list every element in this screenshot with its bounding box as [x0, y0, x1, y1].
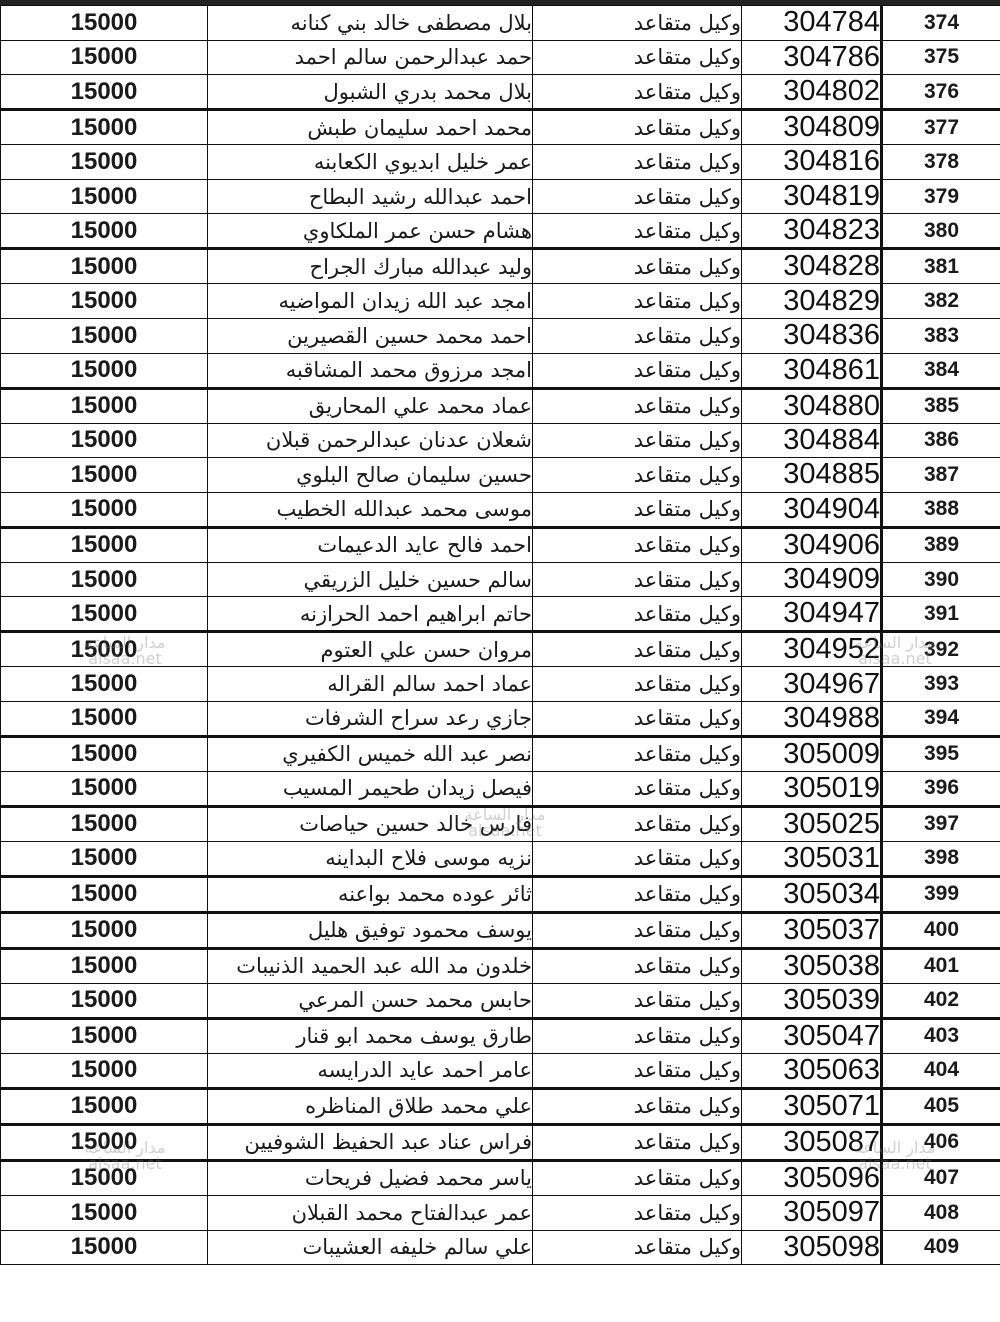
- name-cell: احمد فالح عايد الدعيمات: [208, 527, 533, 562]
- row-number-cell: 385: [882, 388, 1000, 423]
- name-cell: عماد محمد علي المحاريق: [208, 388, 533, 423]
- amount-cell: 15000: [1, 318, 208, 353]
- amount-cell: 15000: [1, 284, 208, 319]
- account-number-cell: 305071: [742, 1088, 882, 1124]
- amount-cell: 15000: [1, 1088, 208, 1124]
- name-cell: نصر عبد الله خميس الكفيري: [208, 736, 533, 771]
- amount-cell: 15000: [1, 388, 208, 423]
- table-row: 15000بلال محمد بدري الشبولوكيل متقاعد304…: [1, 75, 1000, 110]
- account-number-cell: 305047: [742, 1018, 882, 1053]
- table-row: 15000فراس عناد عبد الحفيظ الشوفيينوكيل م…: [1, 1124, 1000, 1160]
- name-cell: شعلان عدنان عبدالرحمن قبلان: [208, 423, 533, 458]
- amount-cell: 15000: [1, 1018, 208, 1053]
- row-number-cell: 379: [882, 179, 1000, 214]
- account-number-cell: 305098: [742, 1230, 882, 1265]
- account-number-cell: 304904: [742, 492, 882, 527]
- amount-cell: 15000: [1, 1124, 208, 1160]
- account-number-cell: 305009: [742, 736, 882, 771]
- row-number-cell: 401: [882, 948, 1000, 983]
- row-number-cell: 397: [882, 806, 1000, 841]
- account-number-cell: 304909: [742, 562, 882, 597]
- account-number-cell: 304828: [742, 249, 882, 284]
- name-cell: خلدون مد الله عبد الحميد الذنيبات: [208, 948, 533, 983]
- account-number-cell: 304836: [742, 318, 882, 353]
- role-cell: وكيل متقاعد: [533, 249, 742, 284]
- name-cell: حاتم ابراهيم احمد الحرازنه: [208, 597, 533, 632]
- table-row: 15000حاتم ابراهيم احمد الحرازنهوكيل متقا…: [1, 597, 1000, 632]
- account-number-cell: 304786: [742, 40, 882, 75]
- amount-cell: 15000: [1, 806, 208, 841]
- role-cell: وكيل متقاعد: [533, 1195, 742, 1230]
- amount-cell: 15000: [1, 1195, 208, 1230]
- table-row: 15000حابس محمد حسن المرعيوكيل متقاعد3050…: [1, 983, 1000, 1018]
- amount-cell: 15000: [1, 948, 208, 983]
- amount-cell: 15000: [1, 145, 208, 180]
- amount-cell: 15000: [1, 110, 208, 145]
- account-number-cell: 305097: [742, 1195, 882, 1230]
- role-cell: وكيل متقاعد: [533, 948, 742, 983]
- row-number-cell: 393: [882, 667, 1000, 702]
- role-cell: وكيل متقاعد: [533, 701, 742, 736]
- account-number-cell: 305037: [742, 912, 882, 948]
- name-cell: بلال محمد بدري الشبول: [208, 75, 533, 110]
- role-cell: وكيل متقاعد: [533, 353, 742, 388]
- name-cell: طارق يوسف محمد ابو قنار: [208, 1018, 533, 1053]
- account-number-cell: 304829: [742, 284, 882, 319]
- spreadsheet-page: 15000بلال مصطفى خالد بني كنانهوكيل متقاع…: [0, 0, 1000, 1322]
- table-row: 15000هشام حسن عمر الملكاويوكيل متقاعد304…: [1, 214, 1000, 249]
- role-cell: وكيل متقاعد: [533, 983, 742, 1018]
- account-number-cell: 304802: [742, 75, 882, 110]
- role-cell: وكيل متقاعد: [533, 6, 742, 41]
- name-cell: علي محمد طلاق المناظره: [208, 1088, 533, 1124]
- row-number-cell: 395: [882, 736, 1000, 771]
- row-number-cell: 391: [882, 597, 1000, 632]
- table-row: 15000ياسر محمد فضيل فريحاتوكيل متقاعد305…: [1, 1160, 1000, 1195]
- role-cell: وكيل متقاعد: [533, 527, 742, 562]
- amount-cell: 15000: [1, 527, 208, 562]
- row-number-cell: 387: [882, 458, 1000, 493]
- amount-cell: 15000: [1, 841, 208, 876]
- account-number-cell: 304947: [742, 597, 882, 632]
- role-cell: وكيل متقاعد: [533, 110, 742, 145]
- table-row: 15000محمد احمد سليمان طبشوكيل متقاعد3048…: [1, 110, 1000, 145]
- amount-cell: 15000: [1, 492, 208, 527]
- account-number-cell: 304884: [742, 423, 882, 458]
- table-row: 15000نصر عبد الله خميس الكفيريوكيل متقاع…: [1, 736, 1000, 771]
- table-row: 15000جازي رعد سراح الشرفاتوكيل متقاعد304…: [1, 701, 1000, 736]
- name-cell: فراس عناد عبد الحفيظ الشوفيين: [208, 1124, 533, 1160]
- name-cell: محمد احمد سليمان طبش: [208, 110, 533, 145]
- payments-table: 15000بلال مصطفى خالد بني كنانهوكيل متقاع…: [0, 5, 1000, 1265]
- table-row: 15000فيصل زيدان طحيمر المسيبوكيل متقاعد3…: [1, 771, 1000, 806]
- role-cell: وكيل متقاعد: [533, 667, 742, 702]
- amount-cell: 15000: [1, 353, 208, 388]
- name-cell: عمر خليل ابديوي الكعابنه: [208, 145, 533, 180]
- account-number-cell: 304988: [742, 701, 882, 736]
- row-number-cell: 407: [882, 1160, 1000, 1195]
- row-number-cell: 399: [882, 876, 1000, 912]
- row-number-cell: 383: [882, 318, 1000, 353]
- amount-cell: 15000: [1, 458, 208, 493]
- row-number-cell: 394: [882, 701, 1000, 736]
- amount-cell: 15000: [1, 40, 208, 75]
- table-row: 15000طارق يوسف محمد ابو قناروكيل متقاعد3…: [1, 1018, 1000, 1053]
- row-number-cell: 374: [882, 6, 1000, 41]
- amount-cell: 15000: [1, 1230, 208, 1265]
- account-number-cell: 305087: [742, 1124, 882, 1160]
- name-cell: فارس خالد حسين حياصات: [208, 806, 533, 841]
- role-cell: وكيل متقاعد: [533, 1124, 742, 1160]
- amount-cell: 15000: [1, 179, 208, 214]
- amount-cell: 15000: [1, 701, 208, 736]
- account-number-cell: 305039: [742, 983, 882, 1018]
- table-row: 15000عامر احمد عايد الدرايسهوكيل متقاعد3…: [1, 1053, 1000, 1088]
- amount-cell: 15000: [1, 771, 208, 806]
- table-row: 15000امجد مرزوق محمد المشاقبهوكيل متقاعد…: [1, 353, 1000, 388]
- table-row: 15000عماد احمد سالم القرالهوكيل متقاعد30…: [1, 667, 1000, 702]
- name-cell: احمد عبدالله رشيد البطاح: [208, 179, 533, 214]
- name-cell: نزيه موسى فلاح البداينه: [208, 841, 533, 876]
- account-number-cell: 304885: [742, 458, 882, 493]
- role-cell: وكيل متقاعد: [533, 912, 742, 948]
- amount-cell: 15000: [1, 912, 208, 948]
- table-row: 15000ثائر عوده محمد بواعنهوكيل متقاعد305…: [1, 876, 1000, 912]
- role-cell: وكيل متقاعد: [533, 1053, 742, 1088]
- row-number-cell: 403: [882, 1018, 1000, 1053]
- role-cell: وكيل متقاعد: [533, 214, 742, 249]
- account-number-cell: 304784: [742, 6, 882, 41]
- account-number-cell: 305034: [742, 876, 882, 912]
- name-cell: سالم حسين خليل الزريقي: [208, 562, 533, 597]
- name-cell: يوسف محمود توفيق هليل: [208, 912, 533, 948]
- amount-cell: 15000: [1, 667, 208, 702]
- account-number-cell: 304967: [742, 667, 882, 702]
- row-number-cell: 400: [882, 912, 1000, 948]
- account-number-cell: 305019: [742, 771, 882, 806]
- amount-cell: 15000: [1, 1053, 208, 1088]
- table-row: 15000شعلان عدنان عبدالرحمن قبلانوكيل متق…: [1, 423, 1000, 458]
- account-number-cell: 305096: [742, 1160, 882, 1195]
- table-row: 15000عماد محمد علي المحاريقوكيل متقاعد30…: [1, 388, 1000, 423]
- role-cell: وكيل متقاعد: [533, 458, 742, 493]
- name-cell: ثائر عوده محمد بواعنه: [208, 876, 533, 912]
- table-row: 15000مروان حسن علي العتوموكيل متقاعد3049…: [1, 632, 1000, 667]
- role-cell: وكيل متقاعد: [533, 40, 742, 75]
- row-number-cell: 388: [882, 492, 1000, 527]
- role-cell: وكيل متقاعد: [533, 1160, 742, 1195]
- name-cell: موسى محمد عبدالله الخطيب: [208, 492, 533, 527]
- table-row: 15000حسين سليمان صالح البلويوكيل متقاعد3…: [1, 458, 1000, 493]
- table-row: 15000احمد محمد حسين القصيرينوكيل متقاعد3…: [1, 318, 1000, 353]
- amount-cell: 15000: [1, 6, 208, 41]
- amount-cell: 15000: [1, 1160, 208, 1195]
- amount-cell: 15000: [1, 249, 208, 284]
- table-row: 15000حمد عبدالرحمن سالم احمدوكيل متقاعد3…: [1, 40, 1000, 75]
- name-cell: هشام حسن عمر الملكاوي: [208, 214, 533, 249]
- name-cell: فيصل زيدان طحيمر المسيب: [208, 771, 533, 806]
- role-cell: وكيل متقاعد: [533, 75, 742, 110]
- name-cell: حسين سليمان صالح البلوي: [208, 458, 533, 493]
- amount-cell: 15000: [1, 214, 208, 249]
- role-cell: وكيل متقاعد: [533, 284, 742, 319]
- row-number-cell: 378: [882, 145, 1000, 180]
- role-cell: وكيل متقاعد: [533, 771, 742, 806]
- role-cell: وكيل متقاعد: [533, 562, 742, 597]
- row-number-cell: 392: [882, 632, 1000, 667]
- amount-cell: 15000: [1, 632, 208, 667]
- table-row: 15000احمد عبدالله رشيد البطاحوكيل متقاعد…: [1, 179, 1000, 214]
- table-row: 15000خلدون مد الله عبد الحميد الذنيباتوك…: [1, 948, 1000, 983]
- account-number-cell: 305031: [742, 841, 882, 876]
- role-cell: وكيل متقاعد: [533, 1088, 742, 1124]
- row-number-cell: 406: [882, 1124, 1000, 1160]
- row-number-cell: 408: [882, 1195, 1000, 1230]
- row-number-cell: 382: [882, 284, 1000, 319]
- table-row: 15000سالم حسين خليل الزريقيوكيل متقاعد30…: [1, 562, 1000, 597]
- role-cell: وكيل متقاعد: [533, 423, 742, 458]
- table-body: 15000بلال مصطفى خالد بني كنانهوكيل متقاع…: [1, 6, 1000, 1265]
- account-number-cell: 304816: [742, 145, 882, 180]
- role-cell: وكيل متقاعد: [533, 876, 742, 912]
- row-number-cell: 404: [882, 1053, 1000, 1088]
- amount-cell: 15000: [1, 876, 208, 912]
- row-number-cell: 398: [882, 841, 1000, 876]
- name-cell: حمد عبدالرحمن سالم احمد: [208, 40, 533, 75]
- row-number-cell: 381: [882, 249, 1000, 284]
- name-cell: ياسر محمد فضيل فريحات: [208, 1160, 533, 1195]
- name-cell: احمد محمد حسين القصيرين: [208, 318, 533, 353]
- name-cell: وليد عبدالله مبارك الجراح: [208, 249, 533, 284]
- amount-cell: 15000: [1, 75, 208, 110]
- table-row: 15000علي سالم خليفه العشيباتوكيل متقاعد3…: [1, 1230, 1000, 1265]
- role-cell: وكيل متقاعد: [533, 736, 742, 771]
- row-number-cell: 377: [882, 110, 1000, 145]
- account-number-cell: 304880: [742, 388, 882, 423]
- account-number-cell: 304861: [742, 353, 882, 388]
- row-number-cell: 376: [882, 75, 1000, 110]
- table-row: 15000احمد فالح عايد الدعيماتوكيل متقاعد3…: [1, 527, 1000, 562]
- amount-cell: 15000: [1, 983, 208, 1018]
- name-cell: مروان حسن علي العتوم: [208, 632, 533, 667]
- role-cell: وكيل متقاعد: [533, 597, 742, 632]
- role-cell: وكيل متقاعد: [533, 1018, 742, 1053]
- table-row: 15000بلال مصطفى خالد بني كنانهوكيل متقاع…: [1, 6, 1000, 41]
- table-row: 15000موسى محمد عبدالله الخطيبوكيل متقاعد…: [1, 492, 1000, 527]
- name-cell: بلال مصطفى خالد بني كنانه: [208, 6, 533, 41]
- name-cell: عامر احمد عايد الدرايسه: [208, 1053, 533, 1088]
- account-number-cell: 305038: [742, 948, 882, 983]
- role-cell: وكيل متقاعد: [533, 806, 742, 841]
- table-row: 15000عمر عبدالفتاح محمد القبلانوكيل متقا…: [1, 1195, 1000, 1230]
- row-number-cell: 389: [882, 527, 1000, 562]
- table-row: 15000عمر خليل ابديوي الكعابنهوكيل متقاعد…: [1, 145, 1000, 180]
- table-row: 15000وليد عبدالله مبارك الجراحوكيل متقاع…: [1, 249, 1000, 284]
- amount-cell: 15000: [1, 423, 208, 458]
- account-number-cell: 304952: [742, 632, 882, 667]
- role-cell: وكيل متقاعد: [533, 388, 742, 423]
- account-number-cell: 304906: [742, 527, 882, 562]
- row-number-cell: 396: [882, 771, 1000, 806]
- name-cell: جازي رعد سراح الشرفات: [208, 701, 533, 736]
- role-cell: وكيل متقاعد: [533, 179, 742, 214]
- account-number-cell: 304809: [742, 110, 882, 145]
- row-number-cell: 390: [882, 562, 1000, 597]
- role-cell: وكيل متقاعد: [533, 1230, 742, 1265]
- role-cell: وكيل متقاعد: [533, 632, 742, 667]
- name-cell: علي سالم خليفه العشيبات: [208, 1230, 533, 1265]
- name-cell: امجد عبد الله زيدان المواضيه: [208, 284, 533, 319]
- role-cell: وكيل متقاعد: [533, 145, 742, 180]
- row-number-cell: 384: [882, 353, 1000, 388]
- name-cell: عمر عبدالفتاح محمد القبلان: [208, 1195, 533, 1230]
- amount-cell: 15000: [1, 736, 208, 771]
- amount-cell: 15000: [1, 597, 208, 632]
- name-cell: امجد مرزوق محمد المشاقبه: [208, 353, 533, 388]
- row-number-cell: 386: [882, 423, 1000, 458]
- table-row: 15000امجد عبد الله زيدان المواضيهوكيل مت…: [1, 284, 1000, 319]
- amount-cell: 15000: [1, 562, 208, 597]
- table-row: 15000فارس خالد حسين حياصاتوكيل متقاعد305…: [1, 806, 1000, 841]
- name-cell: عماد احمد سالم القراله: [208, 667, 533, 702]
- row-number-cell: 409: [882, 1230, 1000, 1265]
- role-cell: وكيل متقاعد: [533, 492, 742, 527]
- account-number-cell: 305025: [742, 806, 882, 841]
- table-row: 15000نزيه موسى فلاح البداينهوكيل متقاعد3…: [1, 841, 1000, 876]
- row-number-cell: 375: [882, 40, 1000, 75]
- role-cell: وكيل متقاعد: [533, 841, 742, 876]
- row-number-cell: 402: [882, 983, 1000, 1018]
- table-row: 15000علي محمد طلاق المناظرهوكيل متقاعد30…: [1, 1088, 1000, 1124]
- table-row: 15000يوسف محمود توفيق هليلوكيل متقاعد305…: [1, 912, 1000, 948]
- row-number-cell: 405: [882, 1088, 1000, 1124]
- role-cell: وكيل متقاعد: [533, 318, 742, 353]
- row-number-cell: 380: [882, 214, 1000, 249]
- account-number-cell: 305063: [742, 1053, 882, 1088]
- name-cell: حابس محمد حسن المرعي: [208, 983, 533, 1018]
- account-number-cell: 304819: [742, 179, 882, 214]
- account-number-cell: 304823: [742, 214, 882, 249]
